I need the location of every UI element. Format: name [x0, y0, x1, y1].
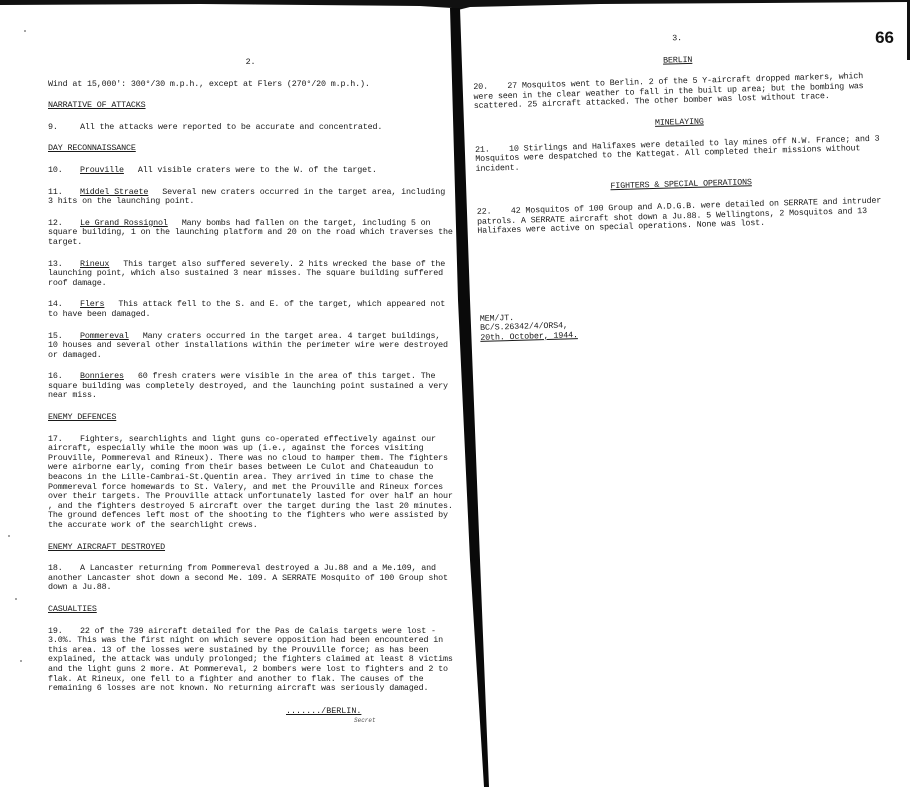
- section-heading: FIGHTERS & SPECIAL OPERATIONS: [476, 175, 886, 196]
- target-name: Prouville: [80, 165, 124, 175]
- paragraph-text: A Lancaster returning from Pommereval de…: [48, 563, 448, 592]
- paragraph-text: 27 Mosquitos went to Berlin. 2 of the 5 …: [473, 71, 863, 111]
- paragraph-number: 10.: [48, 166, 80, 176]
- section-heading: CASUALTIES: [48, 605, 453, 615]
- paragraph-text: 10 Stirlings and Halifaxes were detailed…: [475, 133, 879, 173]
- left-page: 2. Wind at 15,000': 300°/30 m.p.h., exce…: [48, 58, 453, 706]
- paragraph-text: All the attacks were reported to be accu…: [80, 122, 382, 132]
- section-heading: ENEMY AIRCRAFT DESTROYED: [48, 543, 453, 553]
- target-name: Bonnieres: [80, 371, 124, 381]
- paragraph: 9.All the attacks were reported to be ac…: [48, 123, 453, 133]
- section-heading: DAY RECONNAISSANCE: [48, 144, 453, 154]
- paragraph: 13.RineuxThis target also suffered sever…: [48, 260, 453, 289]
- section-heading: NARRATIVE OF ATTACKS: [48, 101, 453, 111]
- catchword-text: ......./BERLIN.: [286, 706, 361, 716]
- paragraph: 15.PommerevalMany craters occurred in th…: [48, 332, 453, 361]
- target-name: Rineux: [80, 259, 109, 269]
- paragraph-text: 42 Mosquitos of 100 Group and A.D.G.B. w…: [477, 196, 881, 236]
- paragraph-text: Fighters, searchlights and light guns co…: [48, 434, 453, 530]
- section-heading: ENEMY DEFENCES: [48, 413, 453, 423]
- scan-speck: [15, 598, 17, 600]
- target-name: Le Grand Rossignol: [80, 218, 168, 228]
- section-heading: BERLIN: [473, 50, 883, 71]
- page-number: 3.: [472, 29, 882, 50]
- catchword: ......./BERLIN.: [286, 706, 361, 716]
- paragraph: 10.ProuvilleAll visible craters were to …: [48, 166, 453, 176]
- paragraph: 20.27 Mosquitos went to Berlin. 2 of the…: [473, 72, 884, 112]
- secret-stamp: Secret: [354, 717, 376, 724]
- paragraph: 11.Middel StraeteSeveral new craters occ…: [48, 188, 453, 207]
- paragraph: 14.FlersThis attack fell to the S. and E…: [48, 300, 453, 319]
- paragraph-text: All visible craters were to the W. of th…: [138, 165, 377, 175]
- paragraph: 22.42 Mosquitos of 100 Group and A.D.G.B…: [477, 196, 888, 236]
- scan-speck: [8, 535, 10, 537]
- paragraph-text: 22 of the 739 aircraft detailed for the …: [48, 626, 453, 694]
- paragraph-text: This attack fell to the S. and E. of the…: [48, 299, 445, 319]
- paragraph: 12.Le Grand RossignolMany bombs had fall…: [48, 219, 453, 248]
- scan-speck: [20, 660, 22, 662]
- paragraph-number: 9.: [48, 123, 80, 133]
- page-number: 2.: [48, 58, 453, 68]
- section-heading: MINELAYING: [474, 112, 884, 133]
- reference-block: MEM/JT. BC/S.26342/4/ORS4, 20th. October…: [480, 303, 891, 343]
- paragraph: 16.Bonnieres60 fresh craters were visibl…: [48, 372, 453, 401]
- paragraph: 21.10 Stirlings and Halifaxes were detai…: [475, 134, 886, 174]
- wind-line: Wind at 15,000': 300°/30 m.p.h., except …: [48, 80, 453, 90]
- scan-speck: [24, 30, 26, 32]
- target-name: Middel Straete: [80, 187, 148, 197]
- target-name: Flers: [80, 299, 104, 309]
- target-name: Pommereval: [80, 331, 129, 341]
- paragraph: 18.A Lancaster returning from Pommereval…: [48, 564, 453, 593]
- paragraph: 19.22 of the 739 aircraft detailed for t…: [48, 627, 453, 694]
- right-page: 3. BERLIN 20.27 Mosquitos went to Berlin…: [472, 29, 890, 343]
- paragraph: 17.Fighters, searchlights and light guns…: [48, 435, 453, 531]
